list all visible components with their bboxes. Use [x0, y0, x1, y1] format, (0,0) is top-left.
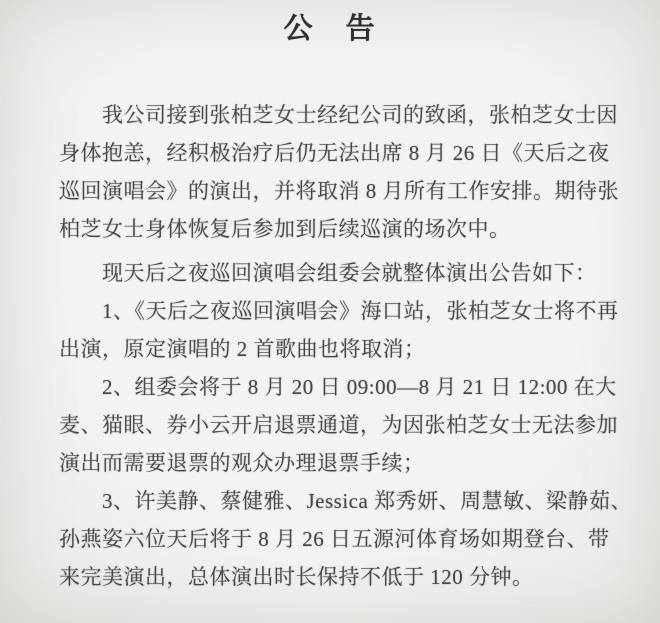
- text-line: 孙燕姿六位天后将于 8 月 26 日五源河体育场如期登台、带: [59, 520, 639, 558]
- text-line: 巡回演唱会》的演出，并将取消 8 月所有工作安排。期待张: [59, 172, 639, 210]
- scanned-announcement-page: 公 告 我公司接到张柏芝女士经纪公司的致函，张柏芝女士因身体抱恙，经积极治疗后仍…: [0, 0, 660, 623]
- text-line: 身体抱恙，经积极治疗后仍无法出席 8 月 26 日《天后之夜: [59, 134, 639, 172]
- page-title: 公 告: [0, 6, 660, 47]
- text-line: 演出而需要退票的观众办理退票手续；: [59, 444, 639, 482]
- text-line: 1、《天后之夜巡回演唱会》海口站，张柏芝女士将不再: [59, 292, 639, 330]
- text-line: 麦、猫眼、券小云开启退票通道，为因张柏芝女士无法参加: [59, 406, 639, 444]
- text-line: 我公司接到张柏芝女士经纪公司的致函，张柏芝女士因: [59, 96, 639, 134]
- text-line: 柏芝女士身体恢复后参加到后续巡演的场次中。: [59, 210, 639, 248]
- text-line: 3、许美静、蔡健雅、Jessica 郑秀妍、周慧敏、梁静茹、: [59, 482, 639, 520]
- text-line: 现天后之夜巡回演唱会组委会就整体演出公告如下：: [59, 254, 639, 292]
- text-line: 2、组委会将于 8 月 20 日 09:00—8 月 21 日 12:00 在大: [59, 368, 639, 406]
- announcement-body: 我公司接到张柏芝女士经纪公司的致函，张柏芝女士因身体抱恙，经积极治疗后仍无法出席…: [59, 96, 639, 596]
- text-line: 出演，原定演唱的 2 首歌曲也将取消；: [59, 330, 639, 368]
- text-line: 来完美演出，总体演出时长保持不低于 120 分钟。: [59, 558, 639, 596]
